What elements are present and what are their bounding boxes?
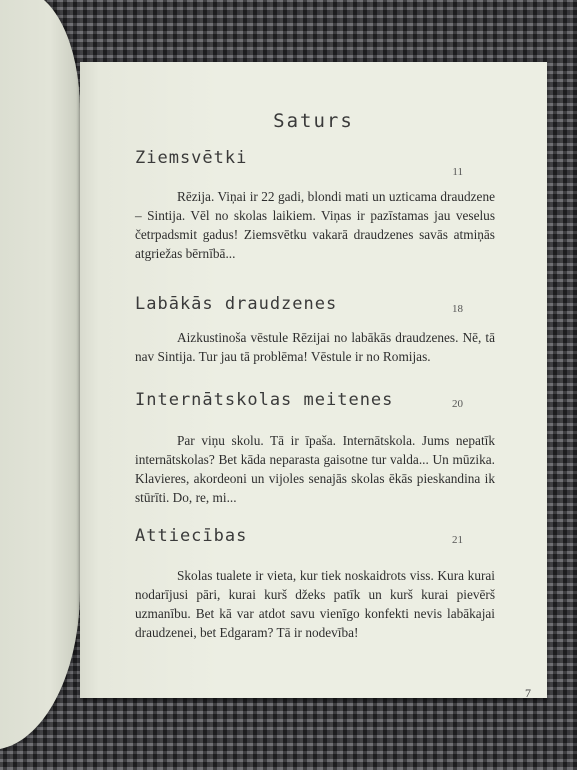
entry-summary: Par viņu skolu. Tā ir īpaša. Internātsko… — [135, 431, 495, 507]
entry-summary-text: Skolas tualete ir vieta, kur tiek noskai… — [135, 568, 495, 640]
entry-summary: Aizkustinoša vēstule Rēzijai no labākās … — [135, 328, 495, 366]
entry-summary-text: Aizkustinoša vēstule Rēzijai no labākās … — [135, 330, 495, 364]
page-number: 7 — [525, 686, 531, 701]
entry-summary-text: Rēzija. Viņai ir 22 gadi, blondi mati un… — [135, 189, 495, 261]
entry-summary: Skolas tualete ir vieta, kur tiek noskai… — [135, 566, 495, 642]
book-page: Saturs Ziemsvētki 11 Rēzija. Viņai ir 22… — [80, 62, 547, 698]
left-page-edge — [0, 0, 80, 750]
entry-summary-text: Par viņu skolu. Tā ir īpaša. Internātsko… — [135, 433, 495, 505]
entry-title: Ziemsvētki — [135, 148, 507, 168]
entry-summary: Rēzija. Viņai ir 22 gadi, blondi mati un… — [135, 187, 495, 263]
entry-page-number: 20 — [452, 398, 463, 410]
entry-page-number: 11 — [452, 166, 463, 178]
contents-title: Saturs — [80, 110, 547, 132]
entry-page-number: 21 — [452, 534, 463, 546]
entry-page-number: 18 — [452, 303, 463, 315]
